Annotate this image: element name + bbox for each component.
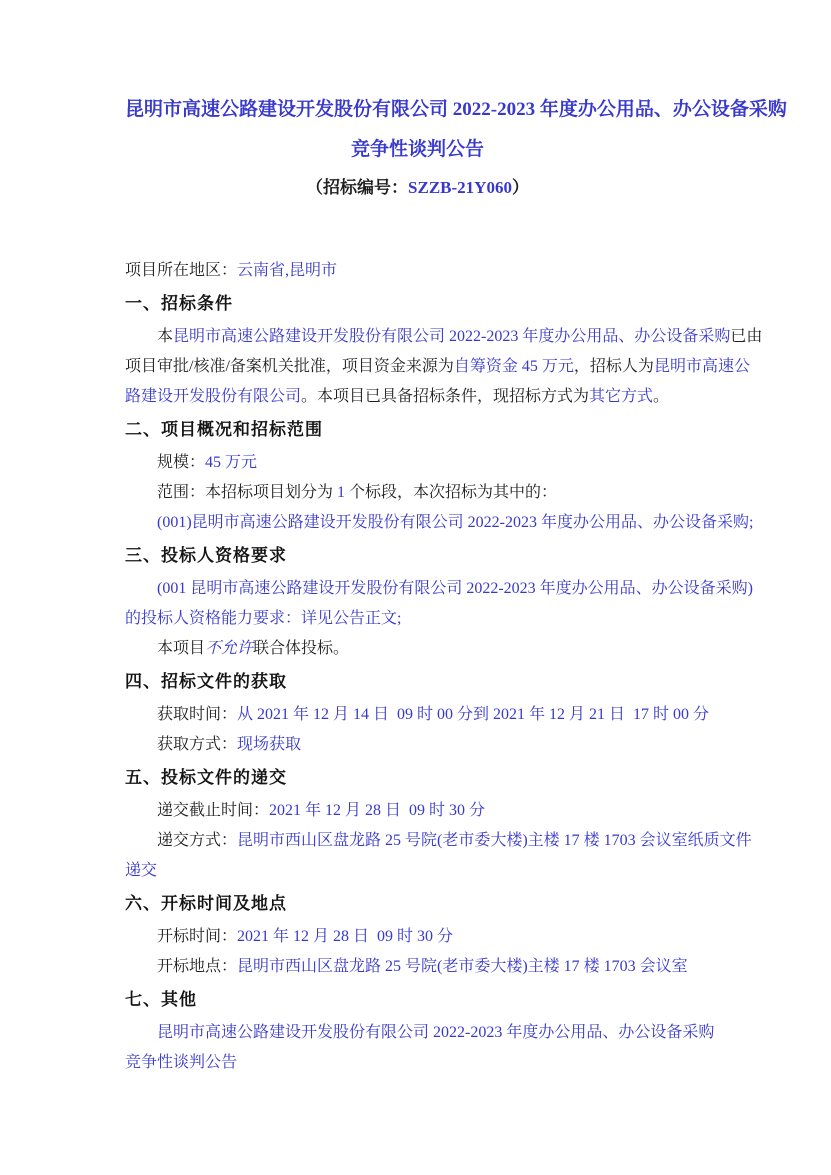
text-segment: ，招标人为	[574, 358, 654, 375]
document-title-line2: 竞争性谈判公告	[125, 130, 710, 170]
text-segment: 递交方式：	[157, 832, 237, 849]
text-segment: 项目所在地区：	[125, 262, 237, 279]
project-scope-line: 范围：本招标项目划分为 1 个标段，本次招标为其中的：	[125, 478, 710, 508]
section-heading-2: 二、项目概况和招标范围	[125, 415, 710, 445]
other-line-1: 昆明市高速公路建设开发股份有限公司 2022-2023 年度办公用品、办公设备采…	[125, 1018, 710, 1048]
highlighted-text: 竞争性谈判公告	[125, 1054, 237, 1071]
text-segment: 开标时间：	[157, 928, 237, 945]
highlighted-text: 现场获取	[237, 736, 301, 753]
acquire-method-line: 获取方式：现场获取	[125, 730, 710, 760]
text-segment: 一、招标条件	[125, 294, 233, 313]
text-segment: 项目审批/核准/备案机关批准，项目资金来源为	[125, 358, 454, 375]
bid-opening-place-line: 开标地点：昆明市西山区盘龙路 25 号院(老市委大楼)主楼 17 楼 1703 …	[125, 952, 710, 982]
submission-method-line-1: 递交方式：昆明市西山区盘龙路 25 号院(老市委大楼)主楼 17 楼 1703 …	[125, 826, 710, 856]
tender-conditions-line-2: 项目审批/核准/备案机关批准，项目资金来源为自筹资金 45 万元，招标人为昆明市…	[125, 352, 710, 382]
highlighted-text: 45 万元	[205, 454, 257, 471]
text-segment: 本	[157, 328, 173, 345]
text-segment: 规模：	[157, 454, 205, 471]
highlighted-text: 1	[337, 484, 345, 501]
project-scale-line: 规模：45 万元	[125, 448, 710, 478]
qualification-line-1: (001 昆明市高速公路建设开发股份有限公司 2022-2023 年度办公用品、…	[125, 574, 710, 604]
bid-opening-time-line: 开标时间：2021 年 12 月 28 日 09 时 30 分	[125, 922, 710, 952]
highlighted-text: 递交	[125, 862, 157, 879]
text-segment: 范围：本招标项目划分为	[157, 484, 337, 501]
qualification-line-2: 的投标人资格能力要求：详见公告正文;	[125, 604, 710, 634]
lot-001-line: (001)昆明市高速公路建设开发股份有限公司 2022-2023 年度办公用品、…	[125, 508, 710, 538]
submission-method-line-2: 递交	[125, 856, 710, 886]
text-segment: 本项目	[157, 640, 205, 657]
text-segment: 获取方式：	[157, 736, 237, 753]
highlighted-text: 2021 年 12 月 28 日 09 时 30 分	[269, 802, 485, 819]
highlighted-text: 其它方式	[589, 388, 653, 405]
text-segment: 个标段，本次招标为其中的：	[345, 484, 557, 501]
highlighted-text: 云南省,昆明市	[237, 262, 337, 279]
text-segment: 。	[653, 388, 669, 405]
text-segment: 。本项目已具备招标条件，现招标方式为	[301, 388, 589, 405]
section-heading-4: 四、招标文件的获取	[125, 667, 710, 697]
highlighted-text: 2021 年 12 月 28 日 09 时 30 分	[237, 928, 453, 945]
section-heading-5: 五、投标文件的递交	[125, 763, 710, 793]
highlighted-text: 从 2021 年 12 月 14 日 09 时 00 分到 2021 年 12 …	[237, 706, 709, 723]
highlighted-text: 昆明市西山区盘龙路 25 号院(老市委大楼)主楼 17 楼 1703 会议室	[237, 958, 688, 975]
highlighted-text: 昆明市高速公路建设开发股份有限公司 2022-2023 年度办公用品、办公设备采…	[157, 1024, 714, 1041]
highlighted-text: 路建设开发股份有限公司	[125, 388, 301, 405]
text-segment: 二、项目概况和招标范围	[125, 420, 323, 439]
tender-conditions-line-3: 路建设开发股份有限公司。本项目已具备招标条件，现招标方式为其它方式。	[125, 382, 710, 412]
text-segment: 四、招标文件的获取	[125, 672, 287, 691]
document-body: 项目所在地区：云南省,昆明市一、招标条件本昆明市高速公路建设开发股份有限公司 2…	[125, 256, 710, 1078]
tender-reference-suffix: ）	[512, 178, 529, 197]
document-page: 昆明市高速公路建设开发股份有限公司 2022-2023 年度办公用品、办公设备采…	[0, 0, 831, 1175]
highlighted-text: (001 昆明市高速公路建设开发股份有限公司 2022-2023 年度办公用品、…	[157, 580, 753, 597]
project-region-line: 项目所在地区：云南省,昆明市	[125, 256, 710, 286]
tender-reference-line: （招标编号：SZZB-21Y060）	[125, 170, 710, 206]
document-content: 昆明市高速公路建设开发股份有限公司 2022-2023 年度办公用品、办公设备采…	[0, 0, 831, 1078]
text-segment: 递交截止时间：	[157, 802, 269, 819]
submission-deadline-line: 递交截止时间：2021 年 12 月 28 日 09 时 30 分	[125, 796, 710, 826]
text-segment: 六、开标时间及地点	[125, 894, 287, 913]
section-heading-3: 三、投标人资格要求	[125, 541, 710, 571]
tender-reference-code: SZZB-21Y060	[408, 178, 512, 197]
section-heading-7: 七、其他	[125, 985, 710, 1015]
text-segment: 联合体投标。	[253, 640, 349, 657]
tender-reference-prefix: （招标编号：	[306, 178, 408, 197]
text-segment: 获取时间：	[157, 706, 237, 723]
highlighted-text: (001)昆明市高速公路建设开发股份有限公司 2022-2023 年度办公用品、…	[157, 514, 753, 531]
highlighted-text: 昆明市高速公路建设开发股份有限公司 2022-2023 年度办公用品、办公设备采…	[173, 328, 730, 345]
text-segment: 五、投标文件的递交	[125, 768, 287, 787]
highlighted-text: 自筹资金 45 万元	[454, 358, 574, 375]
text-segment: 三、投标人资格要求	[125, 546, 287, 565]
text-segment: 开标地点：	[157, 958, 237, 975]
joint-venture-line: 本项目不允许联合体投标。	[125, 634, 710, 664]
highlighted-text: 的投标人资格能力要求：详见公告正文;	[125, 610, 401, 627]
acquire-time-line: 获取时间：从 2021 年 12 月 14 日 09 时 00 分到 2021 …	[125, 700, 710, 730]
highlighted-text: 不允许	[205, 640, 253, 657]
other-line-2: 竞争性谈判公告	[125, 1048, 710, 1078]
section-heading-1: 一、招标条件	[125, 289, 710, 319]
text-segment: 七、其他	[125, 990, 197, 1009]
text-segment: 已由	[730, 328, 762, 345]
tender-conditions-line-1: 本昆明市高速公路建设开发股份有限公司 2022-2023 年度办公用品、办公设备…	[125, 322, 710, 352]
highlighted-text: 昆明市西山区盘龙路 25 号院(老市委大楼)主楼 17 楼 1703 会议室纸质…	[237, 832, 752, 849]
document-title-line1: 昆明市高速公路建设开发股份有限公司 2022-2023 年度办公用品、办公设备采…	[125, 90, 710, 130]
section-heading-6: 六、开标时间及地点	[125, 889, 710, 919]
highlighted-text: 昆明市高速公	[654, 358, 750, 375]
